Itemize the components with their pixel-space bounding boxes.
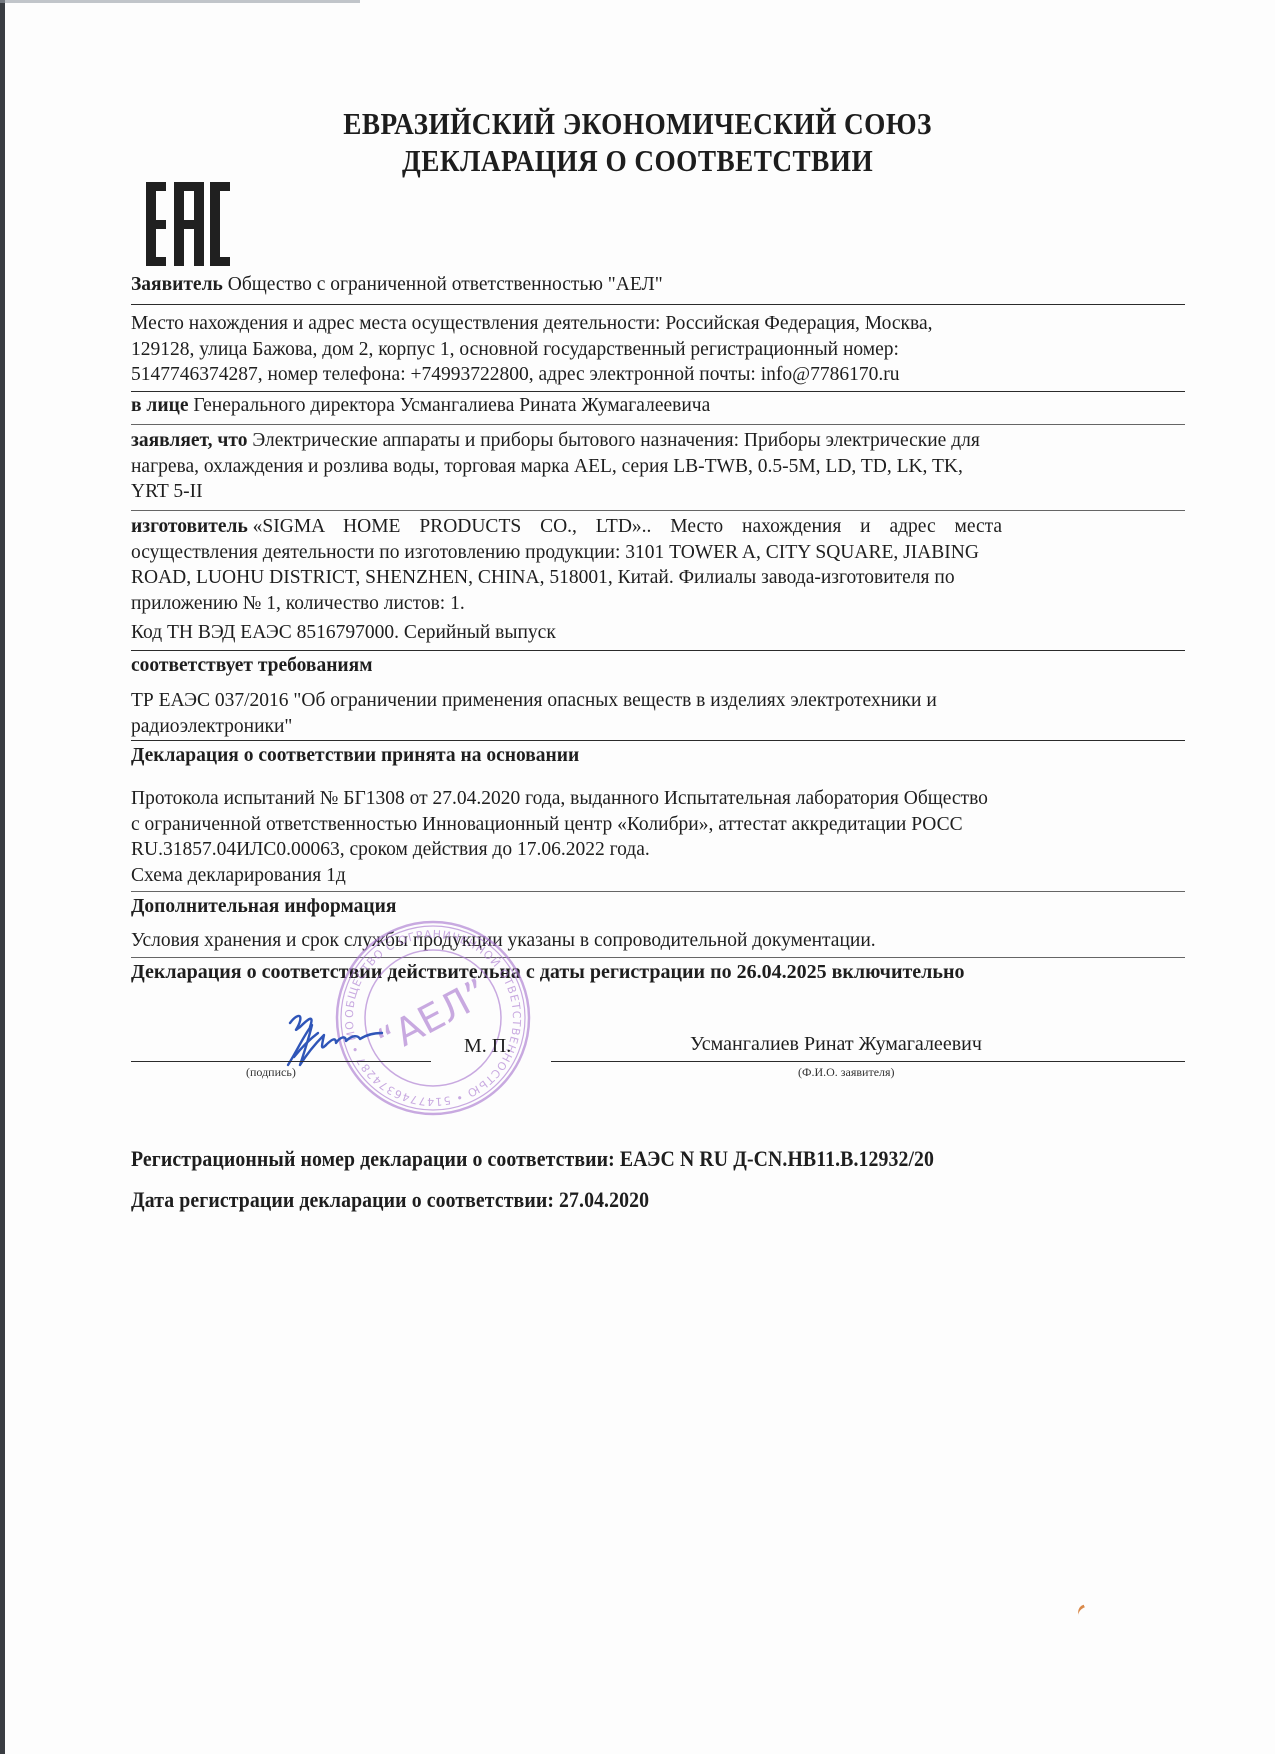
address-line: 129128, улица Бажова, дом 2, корпус 1, о… — [131, 337, 1185, 363]
additional-text: Условия хранения и срок службы продукции… — [131, 928, 1185, 954]
divider — [131, 424, 1185, 425]
requirements-line: ТР ЕАЭС 037/2016 "Об ограничении примене… — [131, 688, 1185, 714]
title-union: ЕВРАЗИЙСКИЙ ЭКОНОМИЧЕСКИЙ СОЮЗ — [77, 106, 1199, 142]
requirements-block: ТР ЕАЭС 037/2016 "Об ограничении примене… — [131, 688, 1185, 739]
scan-edge-left — [0, 0, 5, 1754]
applicant-value: Общество с ограниченной ответственностью… — [228, 274, 663, 295]
divider — [131, 957, 1185, 958]
applicant-label: Заявитель — [131, 274, 223, 295]
manufacturer-line: ROAD, LUOHU DISTRICT, SHENZHEN, CHINA, 5… — [131, 565, 1185, 591]
manufacturer-label: изготовитель — [131, 516, 248, 537]
applicant-row: Заявитель Общество с ограниченной ответс… — [131, 272, 1185, 298]
declares-line: YRT 5-II — [131, 479, 1185, 505]
requirements-line: радиоэлектроники" — [131, 714, 1185, 740]
manufacturer-line: приложению № 1, количество листов: 1. — [131, 591, 1185, 617]
name-caption: (Ф.И.О. заявителя) — [798, 1065, 895, 1080]
registration-date: Дата регистрации декларации о соответств… — [131, 1187, 649, 1213]
address-block: Место нахождения и адрес места осуществл… — [131, 311, 1185, 388]
basis-heading: Декларация о соответствии принята на осн… — [131, 743, 1185, 769]
seal-place-label: М. П. — [464, 1035, 511, 1058]
divider — [131, 391, 1185, 392]
signature-caption: (подпись) — [246, 1065, 296, 1080]
scan-artifact — [1076, 1605, 1088, 1617]
basis-line: Протокола испытаний № БГ1308 от 27.04.20… — [131, 786, 1185, 812]
declaration-scheme: Схема декларирования 1д — [131, 863, 1185, 889]
basis-line: с ограниченной ответственностью Инноваци… — [131, 812, 1185, 838]
title-declaration: ДЕКЛАРАЦИЯ О СООТВЕТСТВИИ — [77, 143, 1199, 179]
divider — [131, 650, 1185, 651]
divider — [131, 304, 1185, 305]
representative-value: Генерального директора Усмангалиева Рина… — [193, 395, 710, 416]
declares-line: Электрические аппараты и приборы бытовог… — [252, 430, 979, 451]
divider — [131, 891, 1185, 892]
registration-number: Регистрационный номер декларации о соотв… — [131, 1146, 934, 1172]
signer-name: Усмангалиев Ринат Жумагалеевич — [690, 1033, 982, 1056]
manufacturer-line: осуществления деятельности по изготовлен… — [131, 540, 1185, 566]
declares-block: заявляет, что Электрические аппараты и п… — [131, 428, 1185, 505]
manufacturer-block: изготовитель «SIGMA HOME PRODUCTS CO., L… — [131, 514, 1185, 616]
additional-heading: Дополнительная информация — [131, 894, 1185, 920]
representative-label: в лице — [131, 395, 188, 416]
declares-line: нагрева, охлаждения и розлива воды, торг… — [131, 454, 1185, 480]
signature-line — [131, 1061, 431, 1062]
divider — [131, 740, 1185, 741]
declares-label: заявляет, что — [131, 430, 248, 451]
representative-row: в лице Генерального директора Усмангалие… — [131, 393, 1185, 419]
requirements-heading: соответствует требованиям — [131, 653, 1185, 679]
address-line: 5147746374287, номер телефона: +74993722… — [131, 362, 1185, 388]
validity-statement: Декларация о соответствии действительна … — [131, 960, 1185, 986]
address-line: Место нахождения и адрес места осуществл… — [131, 311, 1185, 337]
eac-mark-icon — [146, 182, 230, 266]
hs-code: Код ТН ВЭД ЕАЭС 8516797000. Серийный вып… — [131, 620, 1185, 646]
scan-edge-top — [0, 0, 360, 3]
basis-line: RU.31857.04ИЛС0.00063, сроком действия д… — [131, 837, 1185, 863]
name-line — [551, 1061, 1185, 1062]
divider — [131, 510, 1185, 511]
basis-block: Протокола испытаний № БГ1308 от 27.04.20… — [131, 786, 1185, 888]
manufacturer-line: «SIGMA HOME PRODUCTS CO., LTD».. Место н… — [253, 516, 1002, 537]
